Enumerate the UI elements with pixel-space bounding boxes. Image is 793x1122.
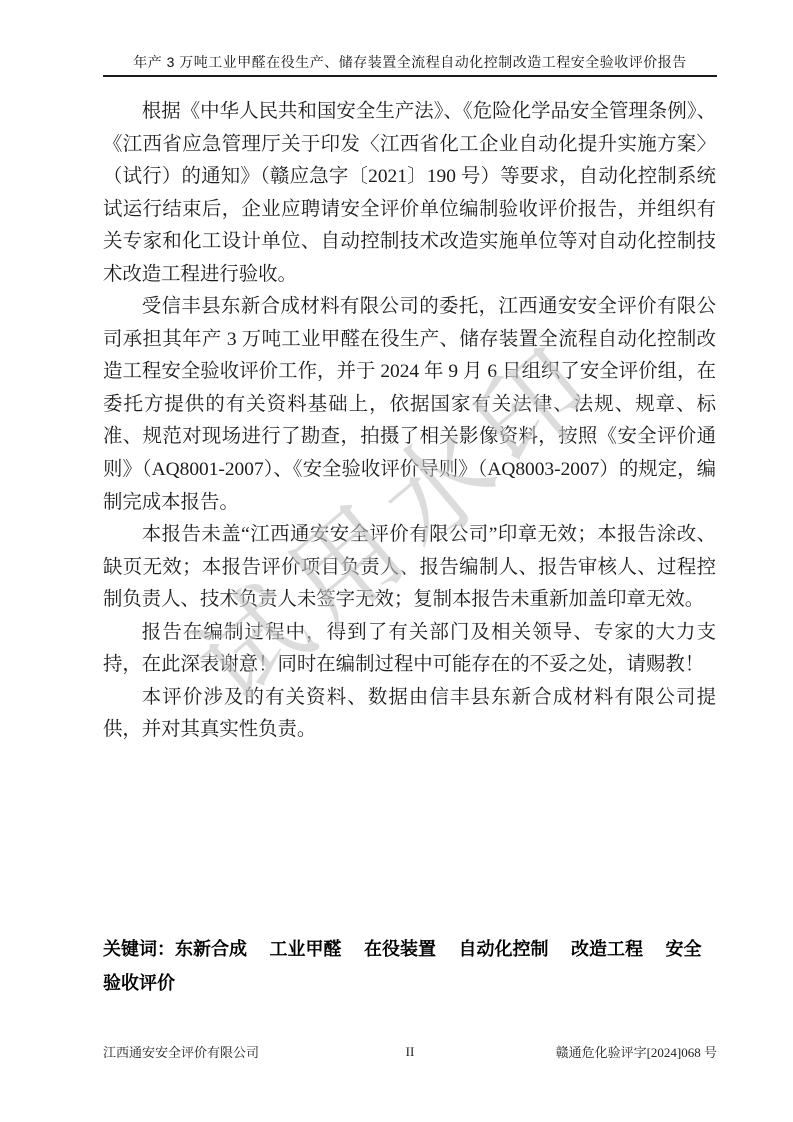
footer-doc-number: 赣通危化验评字[2024]068 号 [414, 1042, 717, 1061]
paragraph: 报告在编制过程中，得到了有关部门及相关领导、专家的大力支持，在此深表谢意！同时在… [103, 617, 716, 682]
report-page: 年产 3 万吨工业甲醛在役生产、储存装置全流程自动化控制改造工程安全验收评价报告… [0, 0, 793, 1122]
page-header-title: 年产 3 万吨工业甲醛在役生产、储存装置全流程自动化控制改造工程安全验收评价报告 [103, 52, 717, 72]
footer-company-name: 江西通安安全评价有限公司 [103, 1042, 406, 1061]
paragraph: 根据《中华人民共和国安全生产法》、《危险化学品安全管理条例》、《江西省应急管理厅… [103, 96, 716, 291]
keywords-block: 关键词：东新合成 工业甲醛 在役装置 自动化控制 改造工程 安全 验收评价 [103, 932, 743, 1000]
header-divider [103, 75, 717, 77]
footer-page-number: II [406, 1044, 415, 1060]
keywords-line-1: 关键词：东新合成 工业甲醛 在役装置 自动化控制 改造工程 安全 [103, 932, 743, 966]
page-footer: 江西通安安全评价有限公司 II 赣通危化验评字[2024]068 号 [103, 1042, 717, 1061]
paragraph: 本报告未盖“江西通安安全评价有限公司”印章无效；本报告涂改、缺页无效；本报告评价… [103, 519, 716, 617]
body-paragraphs: 根据《中华人民共和国安全生产法》、《危险化学品安全管理条例》、《江西省应急管理厅… [103, 96, 716, 747]
paragraph: 本评价涉及的有关资料、数据由信丰县东新合成材料有限公司提供，并对其真实性负责。 [103, 682, 716, 747]
keywords-line-2: 验收评价 [103, 966, 743, 1000]
paragraph: 受信丰县东新合成材料有限公司的委托，江西通安安全评价有限公司承担其年产 3 万吨… [103, 291, 716, 519]
